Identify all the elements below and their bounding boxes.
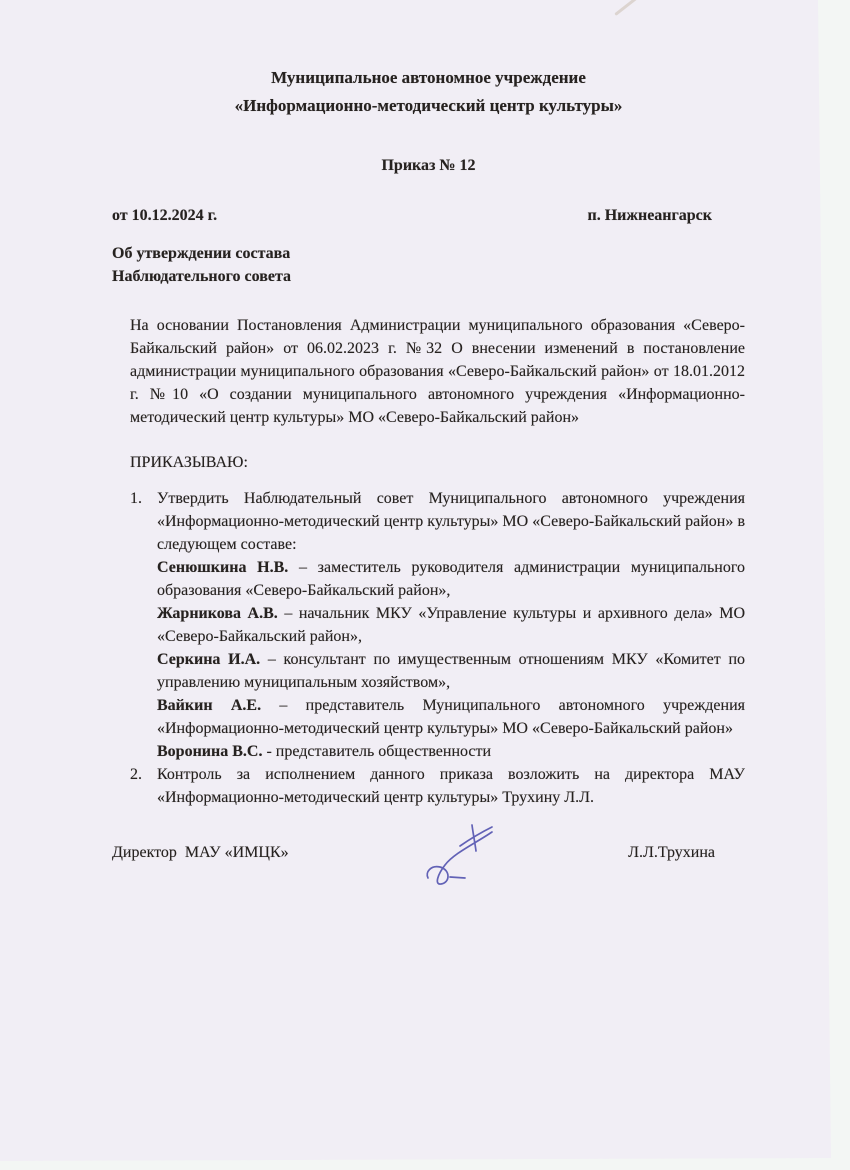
member-entry-3: Серкина И.А. – консультант по имуществен… bbox=[157, 648, 745, 694]
order-place: п. Нижнеангарск bbox=[587, 204, 712, 227]
organization-name: Муниципальное автономное учреждение «Инф… bbox=[112, 64, 745, 120]
order-item-1: 1. Утвердить Наблюдательный совет Муници… bbox=[130, 487, 745, 763]
order-subject-line1: Об утверждении состава bbox=[112, 242, 745, 265]
organization-name-line1: Муниципальное автономное учреждение bbox=[112, 64, 745, 92]
order-items-list: 1. Утвердить Наблюдательный совет Муници… bbox=[130, 487, 745, 809]
order-title: Приказ № 12 bbox=[112, 154, 745, 177]
order-date: от 10.12.2024 г. bbox=[112, 204, 217, 227]
item-2-number: 2. bbox=[130, 763, 157, 786]
order-item-2: 2. Контроль за исполнением данного прика… bbox=[130, 763, 745, 809]
item-1-text: Утвердить Наблюдательный совет Муниципал… bbox=[157, 487, 745, 763]
signature-row: Директор МАУ «ИМЦК» Л.Л.Трухина bbox=[112, 841, 745, 864]
order-subject-line2: Наблюдательного совета bbox=[112, 265, 745, 288]
item-1-number: 1. bbox=[130, 487, 157, 510]
member-1-name: Сенюшкина Н.В. bbox=[157, 559, 288, 576]
resolution-word: ПРИКАЗЫВАЮ: bbox=[130, 451, 745, 474]
signatory-position: Директор МАУ «ИМЦК» bbox=[112, 841, 289, 864]
member-entry-4: Вайкин А.Е. – представитель Муниципально… bbox=[157, 694, 745, 740]
order-meta-row: от 10.12.2024 г. п. Нижнеангарск bbox=[112, 204, 745, 227]
member-entry-5: Воронина В.С. - представитель общественн… bbox=[157, 740, 745, 763]
member-2-name: Жарникова А.В. bbox=[157, 605, 278, 622]
signatory-name: Л.Л.Трухина bbox=[628, 841, 715, 864]
member-3-name: Серкина И.А. bbox=[157, 651, 260, 668]
preamble-paragraph: На основании Постановления Администрации… bbox=[130, 314, 745, 429]
member-entry-2: Жарникова А.В. – начальник МКУ «Управлен… bbox=[157, 602, 745, 648]
organization-name-line2: «Информационно-методический центр культу… bbox=[112, 92, 745, 120]
member-5-name: Воронина В.С. bbox=[157, 743, 262, 760]
member-5-role: - представитель общественности bbox=[266, 743, 491, 760]
document-content: Муниципальное автономное учреждение «Инф… bbox=[0, 0, 850, 1170]
order-subject: Об утверждении состава Наблюдательного с… bbox=[112, 242, 745, 288]
item-2-text: Контроль за исполнением данного приказа … bbox=[157, 763, 745, 809]
item-1-intro: Утвердить Наблюдательный совет Муниципал… bbox=[157, 487, 745, 556]
member-entry-1: Сенюшкина Н.В. – заместитель руководител… bbox=[157, 556, 745, 602]
scanned-document-page: Муниципальное автономное учреждение «Инф… bbox=[0, 0, 850, 1170]
member-4-name: Вайкин А.Е. bbox=[157, 697, 261, 714]
